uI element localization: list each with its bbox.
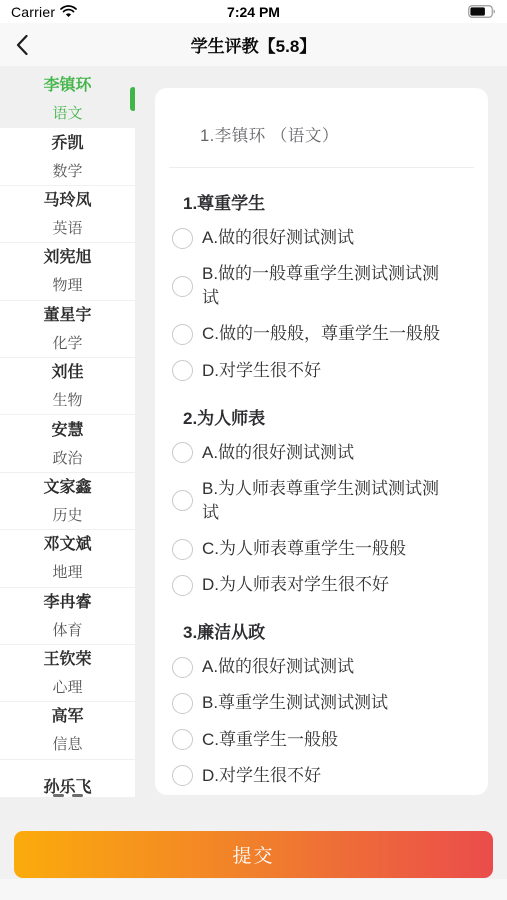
submit-button[interactable]: 提交 [14, 831, 493, 878]
section-title: 1.李镇环 （语文） [155, 88, 488, 167]
answer-option[interactable]: B.为人师表尊重学生测试测试测试 [172, 477, 474, 525]
sidebar-item-teacher[interactable]: 王钦荣 心理 [0, 645, 135, 702]
radio-button-icon[interactable] [172, 729, 193, 750]
teacher-subject: 语文 [52, 100, 82, 127]
sidebar-item-teacher[interactable]: 刘佳 生物 [0, 358, 135, 415]
option-label: B.做的一般尊重学生测试测试测试 [202, 262, 454, 310]
sidebar-item-teacher[interactable]: 马玲凤 英语 [0, 186, 135, 243]
question-title: 2.为人师表 [183, 404, 488, 429]
option-list: A.做的很好测试测试 B.做的一般尊重学生测试测试测试 C.做的一般般，尊重学生… [155, 226, 488, 383]
app-screen: Carrier 7:24 PM [0, 0, 507, 900]
teacher-name: 乔凯 [51, 129, 83, 158]
teacher-name: 王钦荣 [43, 645, 91, 674]
question-block: 1.尊重学生 A.做的很好测试测试 B.做的一般尊重学生测试测试测试 C.做的一… [155, 189, 488, 383]
divider [169, 167, 474, 168]
option-label: B.尊重学生测试测试测试 [202, 691, 454, 715]
battery-icon [468, 5, 496, 18]
radio-button-icon[interactable] [172, 693, 193, 714]
teacher-subject: 信息 [52, 731, 82, 758]
radio-button-icon[interactable] [172, 657, 193, 678]
option-label: C.做的一般般，尊重学生一般般 [202, 322, 454, 346]
sidebar-item-teacher[interactable]: 邓文斌 地理 [0, 530, 135, 587]
clock: 7:24 PM [131, 4, 376, 20]
sidebar-item-teacher[interactable]: 李冉睿 体育 [0, 588, 135, 645]
question-title: 1.尊重学生 [183, 189, 488, 214]
sidebar-item-teacher[interactable]: 文家鑫 历史 [0, 473, 135, 530]
option-label: D.对学生很不好 [202, 764, 454, 788]
teacher-subject: 历史 [52, 502, 82, 529]
home-indicator-area [0, 879, 507, 900]
teacher-sidebar[interactable]: 李镇环 语文 乔凯 数学 马玲凤 英语 刘宪旭 物理 董星宇 化学 刘佳 生物 … [0, 71, 135, 797]
teacher-name: 文家鑫 [43, 473, 91, 502]
sidebar-item-teacher[interactable]: 高军 信息 [0, 702, 135, 759]
option-label: C.尊重学生一般般 [202, 728, 454, 752]
teacher-name: 邓文斌 [43, 530, 91, 559]
teacher-subject: 化学 [52, 330, 82, 357]
answer-option[interactable]: C.尊重学生一般般 [172, 728, 474, 752]
option-list: A.做的很好测试测试 B.为人师表尊重学生测试测试测试 C.为人师表尊重学生一般… [155, 441, 488, 598]
sidebar-item-teacher[interactable]: 乔凯 数学 [0, 128, 135, 185]
teacher-name: 李冉睿 [43, 588, 91, 617]
question-block: 2.为人师表 A.做的很好测试测试 B.为人师表尊重学生测试测试测试 C.为人师… [155, 404, 488, 598]
teacher-subject: 英语 [52, 215, 82, 242]
teacher-subject: 数学 [52, 158, 82, 185]
option-list: A.做的很好测试测试 B.尊重学生测试测试测试 C.尊重学生一般般 D.对学生很… [155, 655, 488, 788]
option-label: A.做的很好测试测试 [202, 655, 454, 679]
question-list: 1.尊重学生 A.做的很好测试测试 B.做的一般尊重学生测试测试测试 C.做的一… [155, 189, 488, 795]
nav-bar: 学生评教【5.8】 [0, 23, 507, 66]
teacher-name: 李镇环 [43, 71, 91, 100]
radio-button-icon[interactable] [172, 228, 193, 249]
radio-button-icon[interactable] [172, 765, 193, 786]
teacher-subject: 政治 [52, 445, 82, 472]
sidebar-item-teacher[interactable]: 董星宇 化学 [0, 301, 135, 358]
footer-bar: 提交 [0, 820, 507, 900]
option-label: D.对学生很不好 [202, 359, 454, 383]
radio-button-icon[interactable] [172, 324, 193, 345]
chevron-left-icon [16, 34, 28, 56]
radio-button-icon[interactable] [172, 490, 193, 511]
back-button[interactable] [16, 34, 36, 56]
radio-button-icon[interactable] [172, 442, 193, 463]
teacher-name: 安慧 [51, 416, 83, 445]
question-title: 3.廉洁从政 [183, 618, 488, 643]
question-block: 3.廉洁从政 A.做的很好测试测试 B.尊重学生测试测试测试 C.尊重学生一般般… [155, 618, 488, 788]
status-bar: Carrier 7:24 PM [0, 0, 507, 23]
teacher-subject: 生物 [52, 387, 82, 414]
teacher-subject: 心理 [52, 674, 82, 701]
wifi-icon [60, 5, 77, 18]
evaluation-panel[interactable]: 1.李镇环 （语文） 1.尊重学生 A.做的很好测试测试 B.做的一般尊重学生测… [155, 88, 488, 795]
sidebar-item-teacher[interactable]: 安慧 政治 [0, 415, 135, 472]
answer-option[interactable]: B.做的一般尊重学生测试测试测试 [172, 262, 474, 310]
answer-option[interactable]: D.为人师表对学生很不好 [172, 573, 474, 597]
sidebar-item-teacher[interactable]: 孙乐飞 [0, 760, 135, 797]
teacher-subject: 地理 [52, 559, 82, 586]
teacher-name: 刘佳 [51, 358, 83, 387]
answer-option[interactable]: A.做的很好测试测试 [172, 655, 474, 679]
sidebar-item-teacher[interactable]: 李镇环 语文 [0, 71, 135, 128]
option-label: A.做的很好测试测试 [202, 226, 454, 250]
sidebar-item-teacher[interactable]: 刘宪旭 物理 [0, 243, 135, 300]
teacher-name: 马玲凤 [43, 186, 91, 215]
teacher-name: 高军 [51, 702, 83, 731]
teacher-name: 董星宇 [43, 301, 91, 330]
selected-indicator [130, 87, 135, 111]
answer-option[interactable]: C.做的一般般，尊重学生一般般 [172, 322, 474, 346]
option-label: A.做的很好测试测试 [202, 441, 454, 465]
answer-option[interactable]: D.对学生很不好 [172, 359, 474, 383]
option-label: C.为人师表尊重学生一般般 [202, 537, 454, 561]
answer-option[interactable]: A.做的很好测试测试 [172, 226, 474, 250]
teacher-name: 刘宪旭 [43, 243, 91, 272]
clipped-subject-fragment [0, 794, 135, 797]
teacher-subject: 物理 [52, 272, 82, 299]
radio-button-icon[interactable] [172, 575, 193, 596]
radio-button-icon[interactable] [172, 539, 193, 560]
page-title: 学生评教【5.8】 [191, 32, 317, 57]
option-label: B.为人师表尊重学生测试测试测试 [202, 477, 454, 525]
radio-button-icon[interactable] [172, 276, 193, 297]
radio-button-icon[interactable] [172, 360, 193, 381]
answer-option[interactable]: A.做的很好测试测试 [172, 441, 474, 465]
option-label: D.为人师表对学生很不好 [202, 573, 454, 597]
carrier-label: Carrier [11, 4, 55, 20]
answer-option[interactable]: B.尊重学生测试测试测试 [172, 691, 474, 715]
teacher-subject: 体育 [52, 617, 82, 644]
answer-option[interactable]: D.对学生很不好 [172, 764, 474, 788]
answer-option[interactable]: C.为人师表尊重学生一般般 [172, 537, 474, 561]
